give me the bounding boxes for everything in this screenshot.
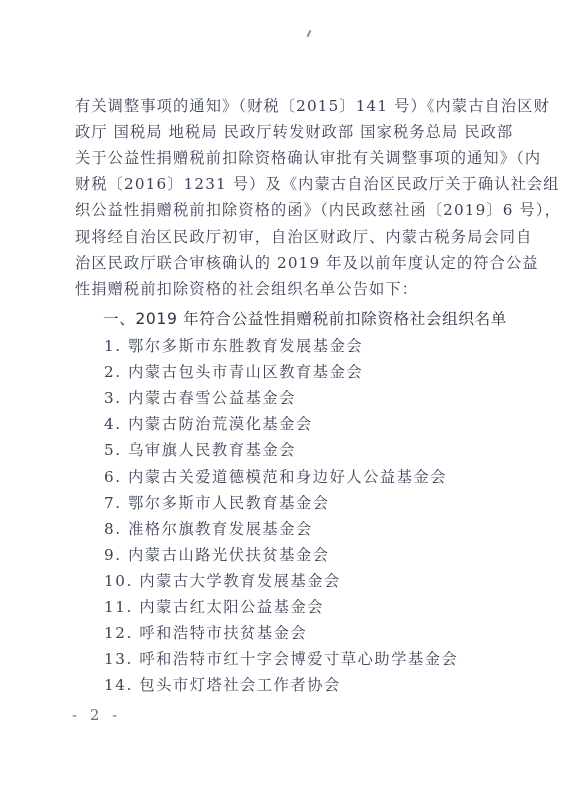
body-line: 关于公益性捐赠税前扣除资格确认审批有关调整事项的通知》（内 [75, 148, 541, 168]
list-item: 7. 鄂尔多斯市人民教育基金会 [104, 493, 330, 513]
body-line: 治区民政厅联合审核确认的 2019 年及以前年度认定的符合公益 [75, 253, 539, 273]
body-line: 政厅 国税局 地税局 民政厅转发财政部 国家税务总局 民政部 [75, 122, 513, 142]
list-item: 11. 内蒙古红太阳公益基金会 [104, 597, 324, 617]
page-number: - 2 - [72, 706, 121, 724]
list-item: 14. 包头市灯塔社会工作者协会 [104, 675, 341, 695]
body-line: 有关调整事项的通知》（财税〔2015〕141 号）《内蒙古自治区财 [75, 96, 550, 116]
scan-mark [307, 30, 312, 37]
list-item: 2. 内蒙古包头市青山区教育基金会 [104, 362, 363, 382]
list-item: 4. 内蒙古防治荒漠化基金会 [104, 414, 313, 434]
body-line: 织公益性捐赠税前扣除资格的函》（内民政慈社函〔2019〕6 号）， [75, 200, 561, 220]
list-item: 3. 内蒙古春雪公益基金会 [104, 388, 296, 408]
list-item: 9. 内蒙古山路光伏扶贫基金会 [104, 545, 330, 565]
section-heading: 一、2019 年符合公益性捐赠税前扣除资格社会组织名单 [103, 308, 507, 330]
list-item: 5. 乌审旗人民教育基金会 [104, 440, 296, 460]
list-item: 10. 内蒙古大学教育发展基金会 [104, 571, 341, 591]
list-item: 6. 内蒙古关爱道德模范和身边好人公益基金会 [104, 467, 447, 487]
list-item: 8. 准格尔旗教育发展基金会 [104, 519, 313, 539]
list-item: 12. 呼和浩特市扶贫基金会 [104, 623, 307, 643]
body-line: 性捐赠税前扣除资格的社会组织名单公告如下： [75, 279, 418, 299]
list-item: 13. 呼和浩特市红十字会博爱寸草心助学基金会 [104, 649, 458, 669]
body-line: 财税〔2016〕1231 号）及《内蒙古自治区民政厅关于确认社会组 [75, 174, 560, 194]
list-item: 1. 鄂尔多斯市东胜教育发展基金会 [104, 336, 363, 356]
body-line: 现将经自治区民政厅初审，自治区财政厅、内蒙古税务局会同自 [75, 227, 532, 247]
